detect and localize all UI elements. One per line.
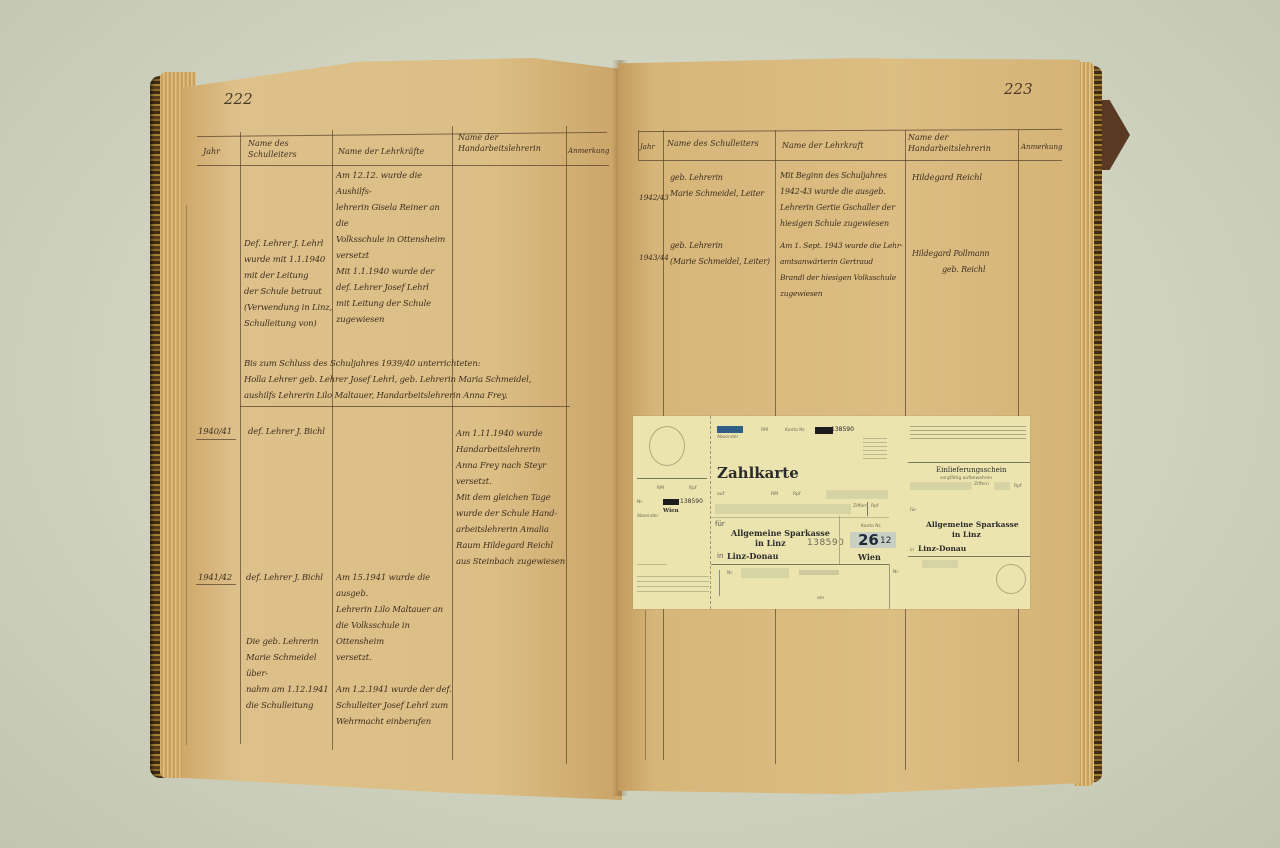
left-col-divider-1 (240, 132, 241, 744)
text-line: Am 12.12. wurde die Aushilfs- (336, 168, 454, 200)
fineprint (799, 570, 839, 575)
text-line: Am 1.11.1940 wurde (456, 426, 566, 442)
text-line: amtsanwärterin Gertraud (780, 254, 906, 270)
divider (889, 564, 890, 609)
right-header-left-border (638, 130, 639, 160)
bank-name-line2: in Linz (755, 538, 786, 548)
text-line: Anna Frey nach Steyr (456, 458, 566, 474)
text-line: Schulleiter Josef Lehrl zum (336, 698, 454, 714)
left-entry1-leiter: Def. Lehrer J. Lehrl wurde mit 1.1.1940 … (244, 236, 334, 332)
amount-field[interactable] (826, 490, 888, 499)
divider (637, 564, 667, 565)
ziffern-label: Ziffern (853, 504, 867, 509)
stub-absender-label: Absender (637, 514, 709, 519)
text-line: Bis zum Schluss des Schuljahres 1939/40 … (244, 356, 574, 372)
slip-title: Zahlkarte (717, 464, 799, 482)
right-entry1-handarbeit: Hildegard Reichl (912, 170, 982, 186)
text-line: 1942-43 wurde die ausgeb. (780, 184, 906, 200)
left-entry1-lehrkraefte: Am 12.12. wurde die Aushilfs- lehrerin G… (336, 168, 454, 328)
text-line: Am 1.2.1941 wurde der def. (336, 682, 454, 698)
text-line: Mit 1.1.1940 wurde der (336, 264, 454, 280)
text-line: Lehrerin Lilo Maltauer an (336, 602, 454, 618)
rm-label: RM (761, 428, 768, 433)
receipt-title: Einlieferungsschein (936, 466, 1007, 474)
rpf-label: Rpf (1014, 484, 1022, 489)
in-label: in (717, 552, 723, 560)
left-entry4-lehrkraefte: Am 15.1941 wurde die ausgeb. Lehrerin Li… (336, 570, 454, 730)
text-line: der Schule betraut (244, 284, 334, 300)
divider (867, 502, 868, 516)
right-header-handarbeit: Name der Handarbeitslehrerin (908, 132, 1018, 154)
text-line: hiesigen Schule zugewiesen (780, 216, 906, 232)
text-line: Marie Schmeidel, Leiter (670, 186, 778, 202)
text-line: Volksschule in Ottensheim (336, 232, 454, 248)
text-line: versetzt. (456, 474, 566, 490)
right-header-schulleiter: Name des Schulleiters (667, 138, 775, 149)
left-entry3-year: 1940/41 (198, 424, 232, 440)
post-office-box: 26 12 Wien (839, 516, 899, 564)
fuer-label: für (715, 520, 725, 528)
text-line: wurde der Schule Hand- (456, 506, 566, 522)
postal-office-city: Wien (858, 552, 881, 562)
text-line: Raum Hildegard Reichl (456, 538, 566, 554)
divider (908, 556, 1030, 557)
right-entry2-leiter: geb. Lehrerin (Marie Schmeidel, Leiter) (670, 238, 778, 270)
text-line: Die geb. Lehrerin (246, 634, 336, 650)
receipt-subtitle: sorgfältig aufbewahren (940, 476, 992, 481)
text-line: geb. Reichl (912, 262, 1016, 278)
right-entry2-lehrkraft: Am 1. Sept. 1943 wurde die Lehr- amtsanw… (780, 238, 906, 302)
ziffern-label: Ziffern (974, 482, 988, 487)
absender-label: Absender (717, 435, 738, 440)
right-header-bottom-rule (638, 160, 1062, 161)
text-line: Am 1. Sept. 1943 wurde die Lehr- (780, 238, 906, 254)
text-line: Am 15.1941 wurde die ausgeb. (336, 570, 454, 602)
text-line (336, 666, 454, 682)
text-line: mit der Leitung (244, 268, 334, 284)
text-line: mit Leitung der Schule (336, 296, 454, 312)
rpf-label-2: Rpf (793, 492, 801, 497)
right-margin-line (645, 610, 646, 760)
stub-nr-label: Nr. (637, 500, 643, 505)
text-line: zugewiesen (336, 312, 454, 328)
text-line: Mit dem gleichen Tage (456, 490, 566, 506)
right-entry1-year: 1942/43 (639, 190, 665, 206)
left-header-lehrkraefte: Name der Lehrkräfte (338, 146, 448, 157)
rpf-label-3: Rpf (871, 504, 879, 509)
right-header-anmerkung: Anmerkung (1021, 142, 1062, 153)
text-line: (Marie Schmeidel, Leiter) (670, 254, 778, 270)
divider (908, 462, 1030, 463)
left-header-schulleiter: Name des Schulleiters (248, 138, 328, 160)
text-line: Schulleitung von) (244, 316, 334, 332)
side-label (719, 570, 725, 596)
konto-label: Konto Nr. (785, 428, 806, 433)
postal-office-number: 26 (858, 531, 879, 549)
receipt-nr-field[interactable] (922, 560, 958, 568)
text-line: Wehrmacht einberufen (336, 714, 454, 730)
text-line: die Schulleitung (246, 698, 336, 714)
receipt-location: Linz-Donau (918, 544, 966, 553)
left-page-number: 222 (224, 90, 253, 108)
right-header-lehrkraft: Name der Lehrkraft (782, 140, 902, 151)
in-label: in (910, 548, 914, 553)
stamp-circle (649, 426, 685, 466)
text-line (246, 618, 336, 634)
text-line: Def. Lehrer J. Lehrl (244, 236, 334, 252)
slip-stub: RM Rpf Nr. 138590 Wien Absender (633, 416, 711, 609)
right-entry1-leiter: geb. Lehrerin Marie Schmeidel, Leiter (670, 170, 778, 202)
receipt-stamp-circle (996, 564, 1026, 594)
payment-slip: RM Rpf Nr. 138590 Wien Absender Absender… (633, 416, 1030, 609)
bank-location: Linz-Donau (727, 551, 778, 561)
text-line: Handarbeitslehrerin (456, 442, 566, 458)
right-entry2-year: 1943/44 (639, 250, 665, 266)
amount-words-field[interactable] (715, 504, 851, 514)
bank-name-line1: Allgemeine Sparkasse (731, 528, 830, 538)
blue-stamp-mark (717, 426, 743, 433)
receipt-bank-line2: in Linz (952, 530, 981, 539)
redaction-box (663, 499, 679, 505)
divider (711, 564, 889, 565)
stub-account-number: 138590 (680, 498, 703, 505)
text-line (246, 602, 336, 618)
text-line: (Verwendung in Linz, (244, 300, 334, 316)
receipt-rpf-field[interactable] (994, 482, 1010, 490)
text-line: wurde mit 1.1.1940 (244, 252, 334, 268)
left-header-handarbeit: Name der Handarbeitslehrerin (458, 132, 562, 154)
text-line: aus Steinbach zugewiesen (456, 554, 566, 570)
slip-receipt: Einlieferungsschein sorgfältig aufbewahr… (908, 416, 1030, 609)
left-header-bottom-rule (197, 165, 609, 166)
right-entry2-handarbeit: Hildegard Pollmann geb. Reichl (912, 246, 1016, 278)
left-entry2-summary: Bis zum Schluss des Schuljahres 1939/40 … (244, 356, 574, 404)
right-header-jahr: Jahr (640, 142, 655, 153)
text-line: die Volksschule in Ottensheim (336, 618, 454, 650)
receipt-fineprint (910, 426, 1026, 440)
left-entry4-leiter: def. Lehrer J. Bichl Die geb. Lehrerin M… (246, 570, 336, 714)
left-margin-line (186, 205, 187, 745)
text-line: arbeitslehrerin Amalia (456, 522, 566, 538)
left-entry3-year-rule (196, 439, 236, 440)
stub-rm-label: RM (657, 486, 664, 491)
right-entry1-lehrkraft: Mit Beginn des Schuljahres 1942-43 wurde… (780, 168, 906, 232)
left-col-divider-4 (566, 126, 567, 764)
stub-fineprint (637, 576, 709, 596)
left-entry3-leiter: def. Lehrer J. Bichl (248, 424, 325, 440)
left-summary-rule (240, 406, 570, 407)
text-line: nahm am 1.12.1941 (246, 682, 336, 698)
ueber-label: auf (717, 492, 724, 497)
text-line: Lehrerin Gertie Gschaller der (780, 200, 906, 216)
left-entry3-handarbeit: Am 1.11.1940 wurde Handarbeitslehrerin A… (456, 426, 566, 570)
nr-field[interactable] (741, 568, 789, 578)
nr-label: Nr. (727, 571, 733, 576)
right-page-number: 223 (1004, 80, 1033, 98)
text-line: geb. Lehrerin (670, 170, 778, 186)
am-label: am (817, 596, 824, 601)
account-number-top: 138590 (831, 426, 854, 433)
divider (637, 478, 707, 479)
text-line: Holla Lehrer geb. Lehrer Josef Lehrl, ge… (244, 372, 574, 388)
fuer-label: für (910, 508, 916, 513)
left-header-anmerkung: Anmerkung (568, 146, 609, 157)
left-entry4-year-rule (196, 584, 236, 585)
left-header-jahr: Jahr (203, 146, 220, 157)
text-line: def. Lehrer Josef Lehrl (336, 280, 454, 296)
postal-office-suffix: 12 (880, 536, 891, 546)
text-line: geb. Lehrerin (670, 238, 778, 254)
text-line: versetzt (336, 248, 454, 264)
text-line: Hildegard Pollmann (912, 246, 1016, 262)
text-line: def. Lehrer J. Bichl (246, 570, 336, 586)
receipt-bank-line1: Allgemeine Sparkasse (926, 520, 1019, 529)
slip-main: Absender RM Konto Nr. 138590 Zahlkarte a… (711, 416, 889, 609)
rm-label-2: RM (771, 492, 778, 497)
text-line: versetzt. (336, 650, 454, 666)
text-line: lehrerin Gisela Reiner an die (336, 200, 454, 232)
fineprint-block (863, 438, 887, 462)
text-line: Brandl der hiesigen Volksschule (780, 270, 906, 286)
text-line: aushilfs Lehrerin Lilo Maltauer, Handarb… (244, 388, 574, 404)
stub-rpf-label: Rpf (689, 486, 697, 491)
text-line: zugewiesen (780, 286, 906, 302)
text-line: Mit Beginn des Schuljahres (780, 168, 906, 184)
text-line: Marie Schmeidel über- (246, 650, 336, 682)
receipt-amount-field[interactable] (910, 482, 972, 490)
text-line (246, 586, 336, 602)
